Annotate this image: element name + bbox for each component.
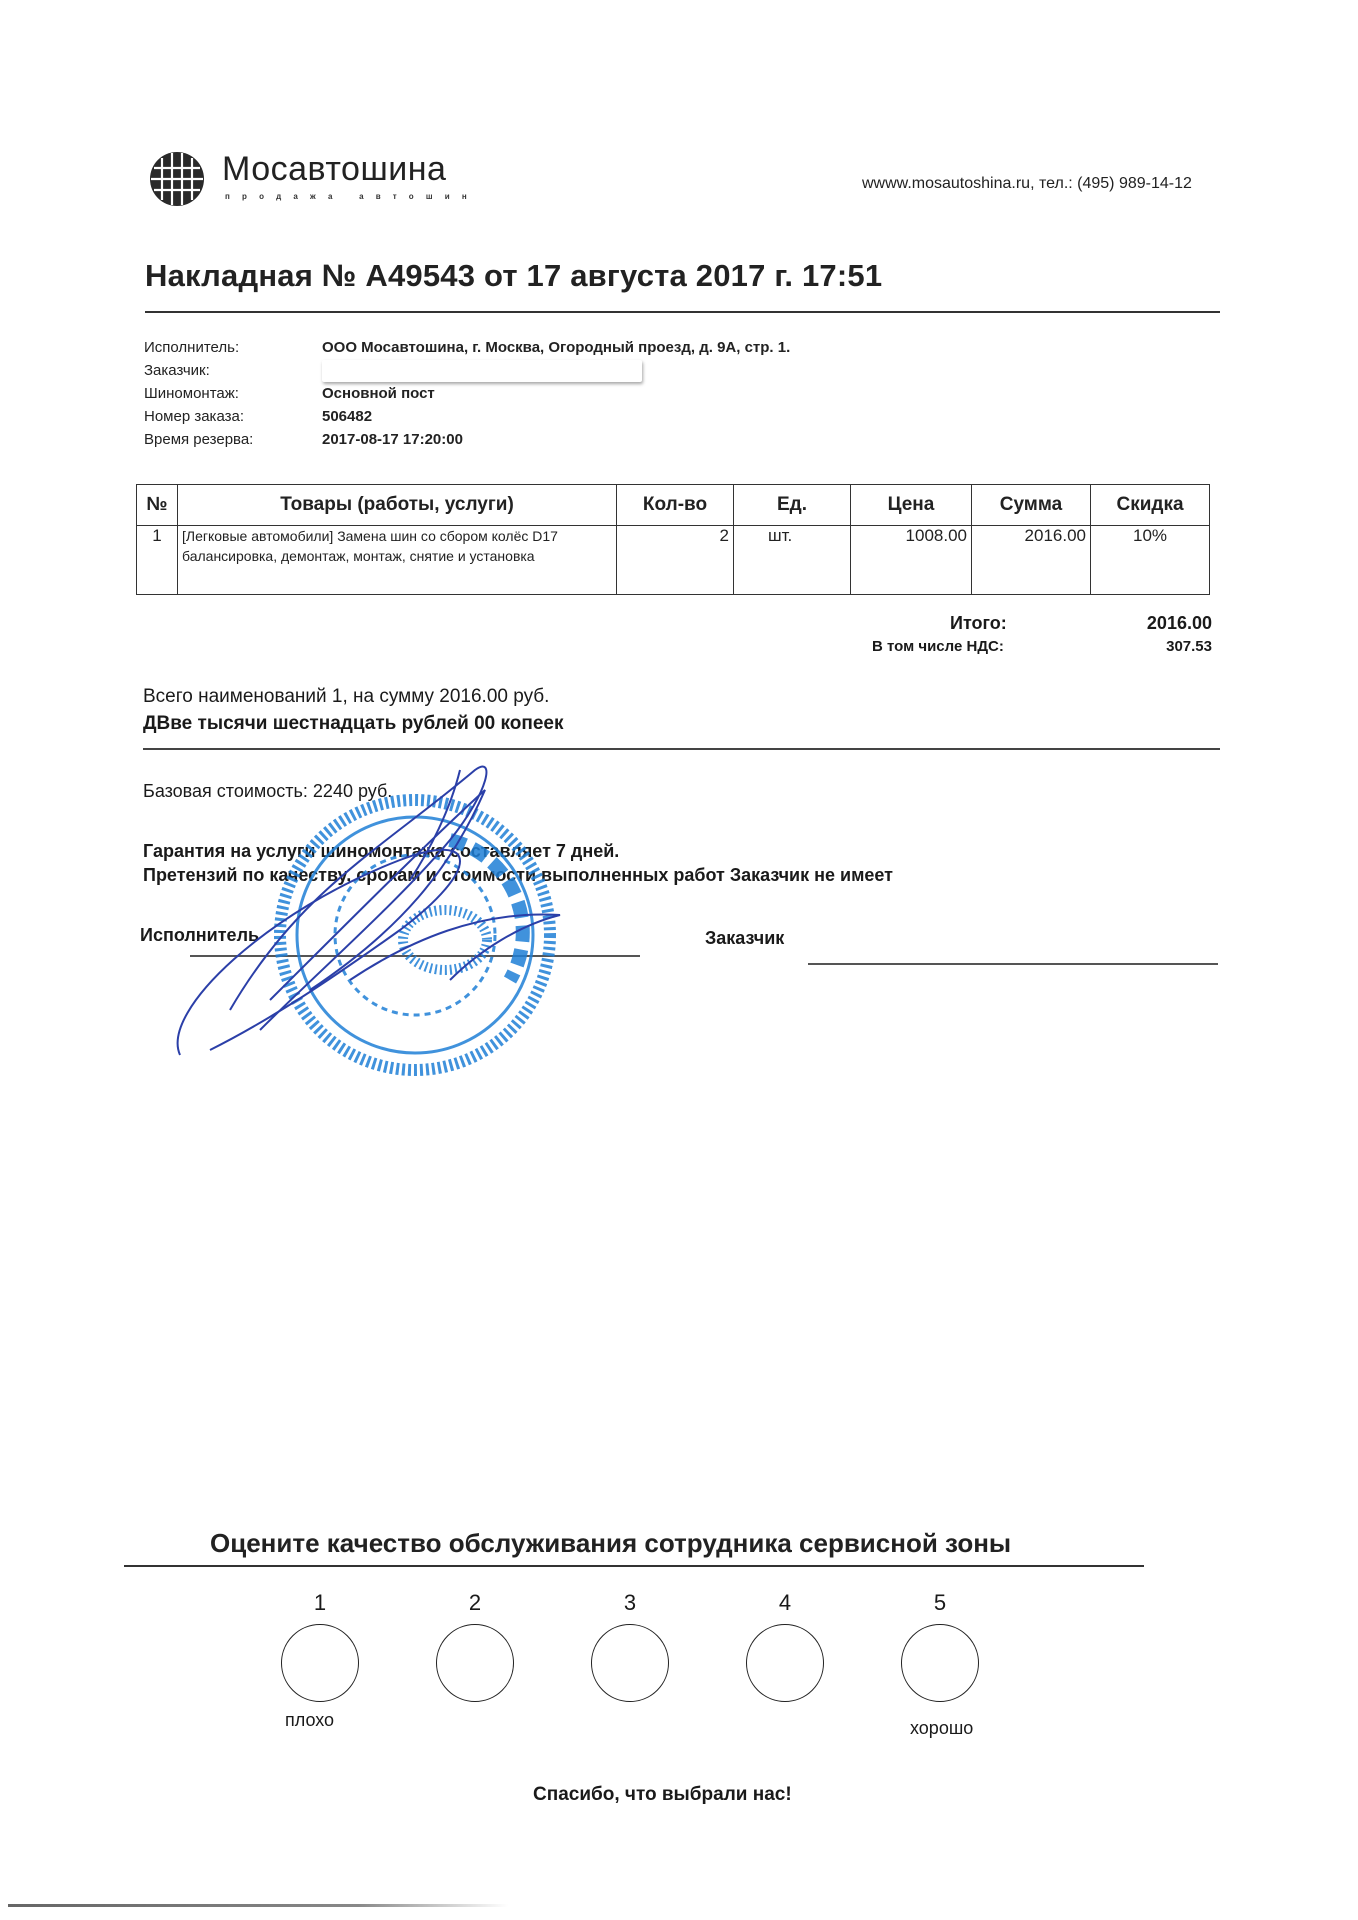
info-value: Основной пост <box>322 385 435 402</box>
col-discount: Скидка <box>1091 485 1210 526</box>
rating-circle[interactable] <box>591 1624 669 1702</box>
total-label: Итого: <box>950 613 1007 634</box>
rating-number: 2 <box>435 1590 515 1616</box>
cell-description: [Легковые автомобили] Замена шин со сбор… <box>178 526 617 595</box>
rating-divider <box>124 1565 1144 1567</box>
rating-number: 3 <box>590 1590 670 1616</box>
info-value: ООО Мосавтошина, г. Москва, Огородный пр… <box>322 339 790 356</box>
summary-amount-words: ДВве тысячи шестнадцать рублей 00 копеек <box>143 713 564 735</box>
company-stamp-icon <box>150 750 680 1090</box>
logo-name: Мосавтошина <box>222 150 446 189</box>
rating-number: 4 <box>745 1590 825 1616</box>
info-row-customer: Заказчик: <box>144 359 790 382</box>
customer-signature-line <box>808 963 1218 965</box>
info-value: 506482 <box>322 408 372 425</box>
col-qty: Кол-во <box>617 485 734 526</box>
table-header-row: № Товары (работы, услуги) Кол-во Ед. Цен… <box>137 485 1210 526</box>
col-number: № <box>137 485 178 526</box>
info-row-order-number: Номер заказа: 506482 <box>144 405 790 428</box>
cell-discount: 10% <box>1091 526 1210 595</box>
total-value: 2016.00 <box>1147 613 1212 634</box>
logo-subtitle: продажа автошин <box>225 192 479 201</box>
cell-price: 1008.00 <box>851 526 972 595</box>
summary-count: Всего наименований 1, на сумму 2016.00 р… <box>143 686 549 708</box>
title-divider <box>145 311 1220 313</box>
scan-edge-line <box>8 1904 508 1907</box>
rating-option-2[interactable]: 2 <box>435 1590 515 1702</box>
vat-row: В том числе НДС: 307.53 <box>850 638 1212 655</box>
thanks-message: Спасибо, что выбрали нас! <box>533 1784 792 1806</box>
rating-number: 1 <box>280 1590 360 1616</box>
info-label: Исполнитель: <box>144 339 322 356</box>
col-sum: Сумма <box>972 485 1091 526</box>
cell-number: 1 <box>137 526 178 595</box>
rating-high-label: хорошо <box>910 1718 973 1739</box>
info-label: Заказчик: <box>144 362 322 379</box>
info-label: Время резерва: <box>144 431 322 448</box>
col-price: Цена <box>851 485 972 526</box>
info-row-executor: Исполнитель: ООО Мосавтошина, г. Москва,… <box>144 336 790 359</box>
rating-circle[interactable] <box>281 1624 359 1702</box>
rating-circle[interactable] <box>436 1624 514 1702</box>
items-table: № Товары (работы, услуги) Кол-во Ед. Цен… <box>136 484 1210 595</box>
vat-value: 307.53 <box>1166 638 1212 655</box>
cell-unit: шт. <box>734 526 851 595</box>
info-value: 2017-08-17 17:20:00 <box>322 431 463 448</box>
rating-option-4[interactable]: 4 <box>745 1590 825 1702</box>
info-label: Шиномонтаж: <box>144 385 322 402</box>
rating-title: Оцените качество обслуживания сотрудника… <box>210 1528 1011 1559</box>
cell-sum: 2016.00 <box>972 526 1091 595</box>
info-row-reserve-time: Время резерва: 2017-08-17 17:20:00 <box>144 428 790 451</box>
totals-block: Итого: 2016.00 В том числе НДС: 307.53 <box>850 613 1212 655</box>
rating-circle[interactable] <box>746 1624 824 1702</box>
total-row: Итого: 2016.00 <box>850 613 1212 634</box>
company-contacts: wwww.mosautoshina.ru, тел.: (495) 989-14… <box>862 175 1192 193</box>
customer-signature-label: Заказчик <box>705 928 784 949</box>
vat-label: В том числе НДС: <box>872 638 1004 655</box>
info-row-tire-service: Шиномонтаж: Основной пост <box>144 382 790 405</box>
redacted-customer-field <box>322 360 642 382</box>
rating-option-5[interactable]: 5 <box>900 1590 980 1702</box>
table-row: 1 [Легковые автомобили] Замена шин со сб… <box>137 526 1210 595</box>
rating-option-1[interactable]: 1 <box>280 1590 360 1702</box>
col-unit: Ед. <box>734 485 851 526</box>
invoice-info: Исполнитель: ООО Мосавтошина, г. Москва,… <box>144 336 790 451</box>
info-label: Номер заказа: <box>144 408 322 425</box>
rating-circle[interactable] <box>901 1624 979 1702</box>
rating-low-label: плохо <box>285 1710 334 1731</box>
logo-tire-icon <box>148 150 206 208</box>
rating-option-3[interactable]: 3 <box>590 1590 670 1702</box>
col-goods: Товары (работы, услуги) <box>178 485 617 526</box>
rating-number: 5 <box>900 1590 980 1616</box>
cell-qty: 2 <box>617 526 734 595</box>
invoice-title: Накладная № А49543 от 17 августа 2017 г.… <box>145 258 882 294</box>
